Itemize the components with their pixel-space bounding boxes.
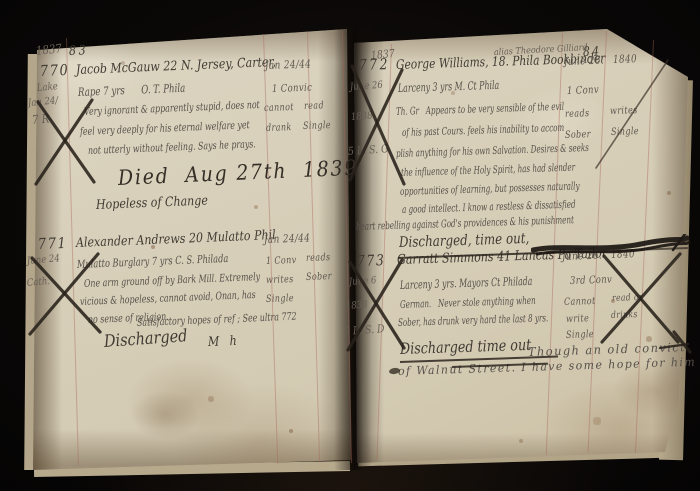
entry-772-literacy: reads — [565, 109, 590, 120]
entry-770-release-date: Jan 24/44 — [265, 58, 312, 71]
entry-770-marital: Single — [303, 121, 331, 132]
paper-specks-right — [0, 0, 2, 2]
entry-771-initials: M h — [208, 335, 241, 349]
entry-772-crime-line: Larceny 3 yrs M. Ct Phila — [398, 80, 500, 95]
entry-773-marital: Single — [566, 330, 594, 341]
scribbled-out-text — [531, 234, 691, 260]
entry-770-number: 770 — [40, 63, 70, 79]
crossout-x-772 — [346, 60, 410, 190]
crossout-x-771 — [24, 250, 108, 338]
entry-770-literacy2: read — [304, 101, 324, 112]
entry-771-release-date: Jan 24/44 — [264, 232, 311, 245]
entry-771-literacy2: writes — [266, 275, 294, 286]
entry-773-literacy: Cannot — [564, 297, 596, 308]
crossout-x-773-columns — [596, 250, 692, 354]
left-header-year: 1837 — [35, 42, 62, 57]
entry-770-margin-note: Lake — [37, 82, 59, 94]
pen-scratch-772-columns — [588, 56, 672, 172]
left-page-number: 83 — [69, 44, 89, 58]
entry-770-habits: drank — [266, 123, 292, 134]
entry-770-literacy: cannot — [264, 103, 294, 114]
entry-770-convictions: 1 Convic — [272, 83, 313, 95]
crossout-x-773 — [342, 256, 412, 354]
entry-771-convictions: 1 Conv — [266, 256, 297, 267]
entry-771-habits: Sober — [306, 272, 332, 283]
crossout-x-770 — [30, 96, 102, 188]
entry-771-literacy: reads — [306, 253, 331, 264]
entry-773-literacy3: write — [566, 314, 590, 325]
entry-771-marital: Single — [266, 294, 294, 305]
ledger-photo: 1837 83 770 Lake Jan 24/ 7 R Jacob McGau… — [0, 0, 700, 491]
